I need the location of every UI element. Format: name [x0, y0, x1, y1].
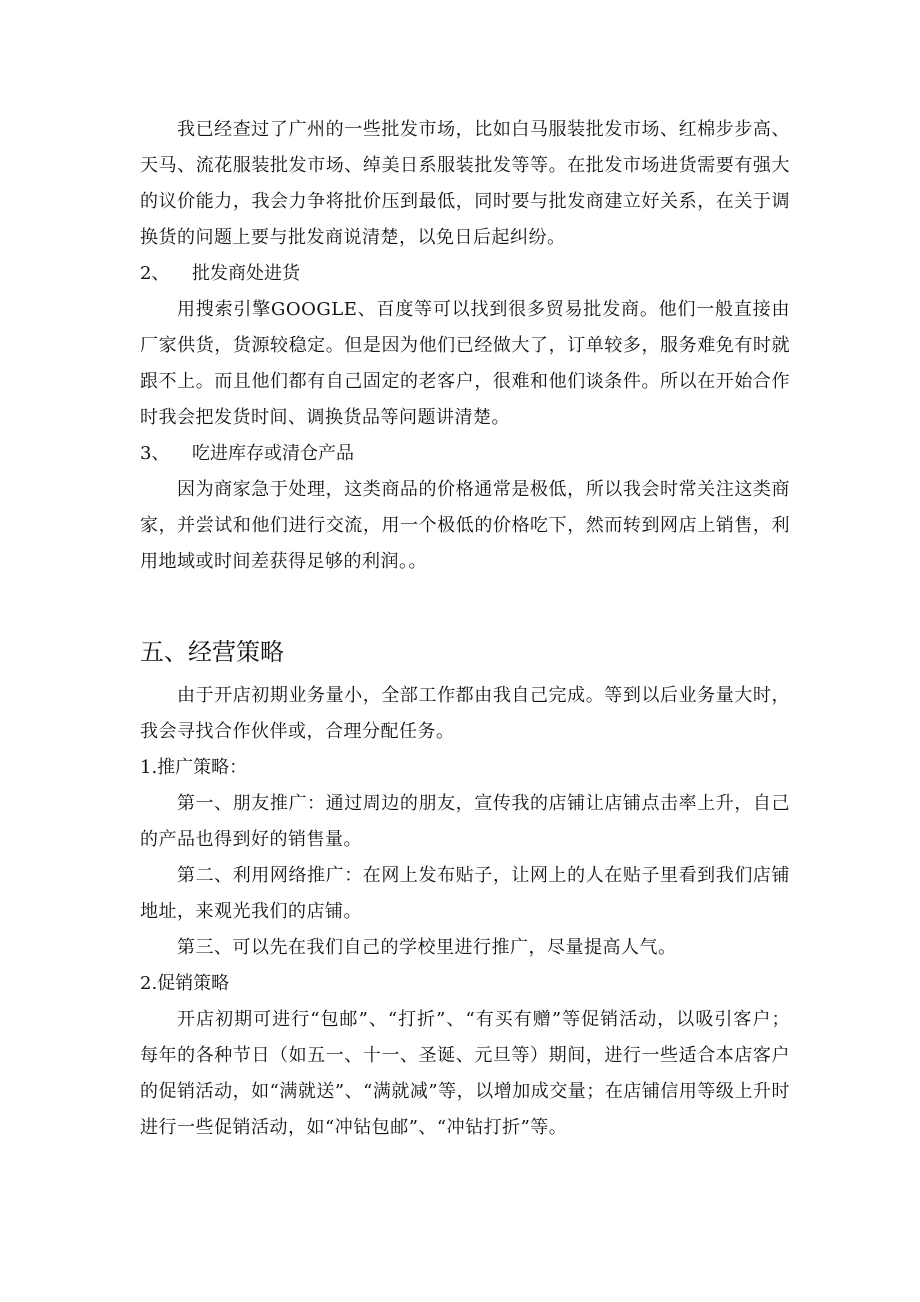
list-item-title: 批发商处进货 — [192, 263, 300, 284]
list-item-heading-clearance: 3、吃进库存或清仓产品 — [140, 436, 790, 472]
section-heading-business-strategy: 五、经营策略 — [140, 632, 790, 672]
subheading-sales-promotion-strategy: 2.促销策略 — [140, 966, 790, 1002]
list-number: 3、 — [140, 436, 192, 472]
paragraph-wholesaler: 用搜索引擎GOOGLE、百度等可以找到很多贸易批发商。他们一般直接由厂家供货，货… — [140, 292, 790, 436]
paragraph-promotion-point-2: 第二、利用网络推广：在网上发布贴子，让网上的人在贴子里看到我们店铺地址，来观光我… — [140, 858, 790, 930]
list-number: 2、 — [140, 256, 192, 292]
paragraph-promotion-point-1: 第一、朋友推广：通过周边的朋友，宣传我的店铺让店铺点击率上升，自己的产品也得到好… — [140, 786, 790, 858]
list-item-heading-wholesaler: 2、批发商处进货 — [140, 256, 790, 292]
paragraph-intro: 由于开店初期业务量小，全部工作都由我自己完成。等到以后业务量大时，我会寻找合作伙… — [140, 678, 790, 750]
document-page: 我已经查过了广州的一些批发市场，比如白马服装批发市场、红棉步步高、天马、流花服装… — [140, 112, 790, 1146]
list-item-title: 吃进库存或清仓产品 — [192, 443, 354, 464]
subheading-promotion-strategy: 1.推广策略： — [140, 750, 790, 786]
paragraph-sales-promotion: 开店初期可进行“包邮”、“打折”、“有买有赠”等促销活动，以吸引客户；每年的各种… — [140, 1002, 790, 1146]
paragraph-wholesale-market: 我已经查过了广州的一些批发市场，比如白马服装批发市场、红棉步步高、天马、流花服装… — [140, 112, 790, 256]
paragraph-clearance: 因为商家急于处理，这类商品的价格通常是极低，所以我会时常关注这类商家，并尝试和他… — [140, 472, 790, 580]
paragraph-promotion-point-3: 第三、可以先在我们自己的学校里进行推广，尽量提高人气。 — [140, 930, 790, 966]
